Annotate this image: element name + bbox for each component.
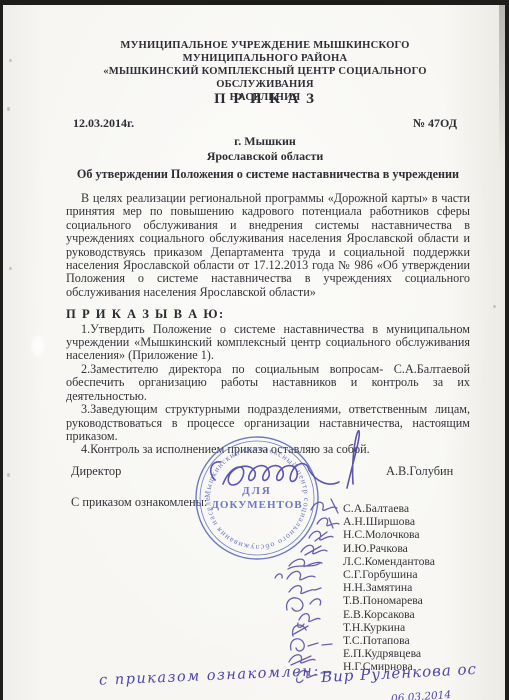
date-number-row: 12.03.2014г. № 47ОД	[73, 116, 457, 131]
acquainted-name: Л.С.Комендантова	[343, 555, 435, 568]
order-item: 1.Утвердить Положение о системе наставни…	[66, 323, 470, 363]
region: Ярославской области	[63, 149, 467, 164]
scan-speck	[7, 473, 10, 477]
acquainted-name: И.Ю.Рачкова	[343, 542, 435, 555]
scan-speck	[493, 305, 496, 308]
acquainted-name: Т.В.Пономарева	[343, 594, 435, 607]
scan-speck	[9, 267, 12, 270]
order-item: 2.Заместителю директора по социальным во…	[66, 363, 470, 403]
city: г. Мышкин	[63, 134, 467, 149]
acquainted-name: Т.С.Потапова	[343, 634, 435, 647]
signature-squiggle	[289, 586, 321, 594]
signature-stroke	[211, 462, 309, 485]
document-subject: Об утверждении Положения о системе наста…	[66, 167, 470, 182]
acquainted-name: А.Н.Ширшова	[343, 515, 435, 528]
preamble-paragraph: В целях реализации региональной программ…	[66, 192, 470, 299]
signature-squiggle	[291, 639, 332, 651]
signature-squiggle	[287, 598, 321, 611]
acquainted-name: Н.Н.Замятина	[343, 581, 435, 594]
document-number: № 47ОД	[413, 116, 457, 131]
organization-line: «МЫШКИНСКИЙ КОМПЛЕКСНЫЙ ЦЕНТР СОЦИАЛЬНОГ…	[63, 65, 467, 91]
document-page: МУНИЦИПАЛЬНОЕ УЧРЕЖДЕНИЕ МЫШКИНСКОГО МУН…	[3, 5, 505, 700]
signature-stroke	[347, 431, 359, 488]
document-body: В целях реализации региональной программ…	[66, 192, 470, 457]
place-block: г. Мышкин Ярославской области	[63, 134, 467, 163]
acquainted-name: Т.Н.Куркина	[343, 621, 435, 634]
signature-stroke	[309, 470, 339, 484]
director-label: Директор	[71, 464, 121, 479]
handwritten-date: 06.03.2014	[391, 689, 452, 700]
organization-line: МУНИЦИПАЛЬНОЕ УЧРЕЖДЕНИЕ МЫШКИНСКОГО МУН…	[63, 39, 467, 65]
acquainted-name: Н.С.Молочкова	[343, 528, 435, 541]
acquainted-name: С.Г.Горбушина	[343, 568, 435, 581]
scan-speck	[7, 107, 10, 111]
document-type-title: П Р И К А З	[63, 91, 467, 108]
acquainted-name: Е.В.Корсакова	[343, 608, 435, 621]
signature-squiggle	[275, 571, 315, 579]
director-name: А.В.Голубин	[386, 464, 453, 479]
scan-shadow	[499, 5, 505, 165]
acquainted-names-list: С.А.Балтаева А.Н.Ширшова Н.С.Молочкова И…	[343, 502, 435, 673]
acquainted-label: С приказом ознакомлены:	[71, 495, 207, 510]
resolve-word: П Р И К А З Ы В А Ю:	[66, 308, 470, 321]
acquainted-name: Е.П.Кудрявцева	[343, 647, 435, 660]
document-date: 12.03.2014г.	[73, 116, 134, 131]
scanned-document-photo: МУНИЦИПАЛЬНОЕ УЧРЕЖДЕНИЕ МЫШКИНСКОГО МУН…	[0, 0, 509, 700]
scan-flaw	[31, 335, 45, 357]
scan-speck	[9, 59, 12, 62]
director-signature	[201, 418, 371, 513]
